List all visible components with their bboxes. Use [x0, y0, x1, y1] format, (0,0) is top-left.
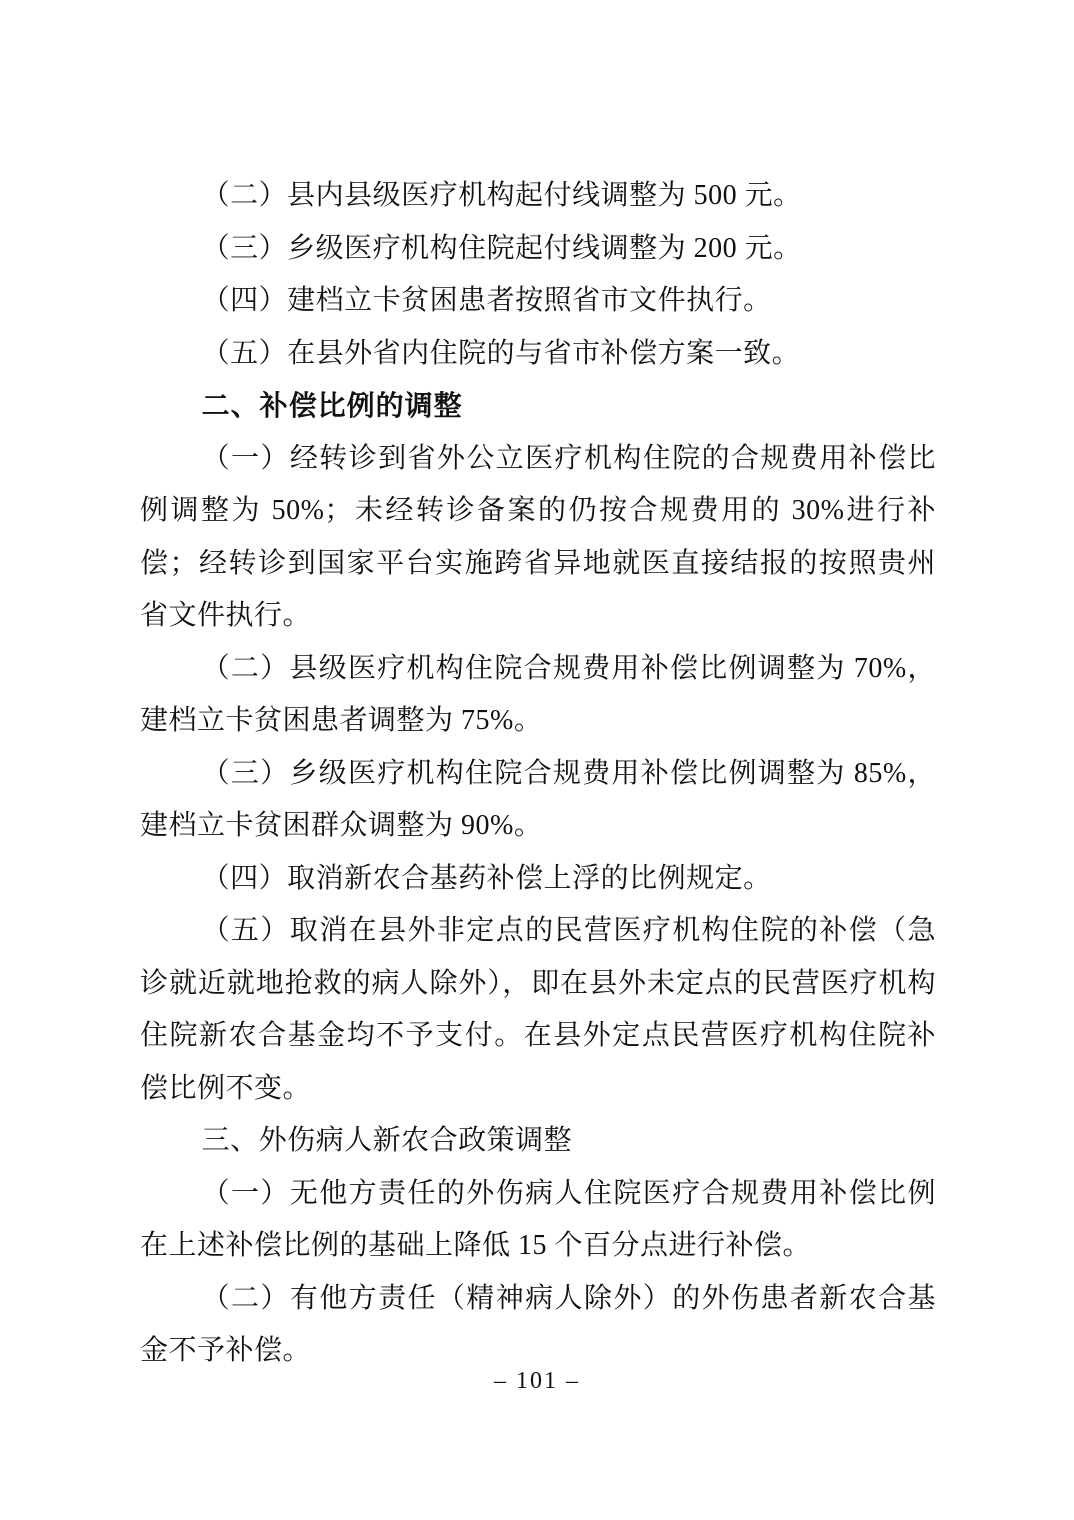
paragraph: （四）取消新农合基药补偿上浮的比例规定。	[140, 853, 936, 906]
paragraph: （五）在县外省内住院的与省市补偿方案一致。	[140, 328, 936, 381]
paragraph: （四）建档立卡贫困患者按照省市文件执行。	[140, 275, 936, 328]
paragraph: （三）乡级医疗机构住院合规费用补偿比例调整为 85%，建档立卡贫困群众调整为 9…	[140, 748, 936, 853]
paragraph: （三）乡级医疗机构住院起付线调整为 200 元。	[140, 223, 936, 276]
paragraph: （一）无他方责任的外伤病人住院医疗合规费用补偿比例在上述补偿比例的基础上降低 1…	[140, 1168, 936, 1273]
paragraph: （二）县内县级医疗机构起付线调整为 500 元。	[140, 170, 936, 223]
paragraph: （一）经转诊到省外公立医疗机构住院的合规费用补偿比例调整为 50%；未经转诊备案…	[140, 433, 936, 643]
section-heading: 二、补偿比例的调整	[140, 380, 936, 433]
page-number: – 101 –	[0, 1368, 1074, 1395]
section-heading: 三、外伤病人新农合政策调整	[140, 1115, 936, 1168]
paragraph: （五）取消在县外非定点的民营医疗机构住院的补偿（急诊就近就地抢救的病人除外），即…	[140, 905, 936, 1115]
paragraph: （二）有他方责任（精神病人除外）的外伤患者新农合基金不予补偿。	[140, 1273, 936, 1378]
document-body: （二）县内县级医疗机构起付线调整为 500 元。（三）乡级医疗机构住院起付线调整…	[140, 170, 936, 1378]
document-page: （二）县内县级医疗机构起付线调整为 500 元。（三）乡级医疗机构住院起付线调整…	[0, 0, 1074, 1520]
paragraph: （二）县级医疗机构住院合规费用补偿比例调整为 70%，建档立卡贫困患者调整为 7…	[140, 643, 936, 748]
